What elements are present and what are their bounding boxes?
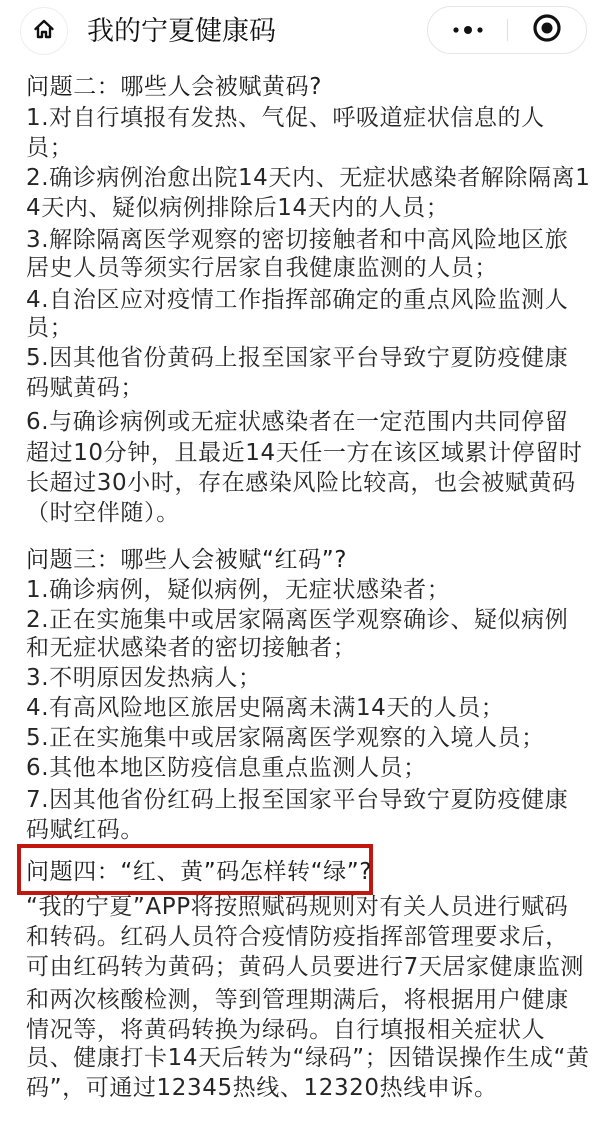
list-item: 4天内、疑似病例排除后14天内的人员； xyxy=(26,193,449,223)
list-item: 和无症状感染者的密切接触者； xyxy=(26,633,356,663)
list-item: 3.不明原因发热病人； xyxy=(26,663,262,693)
close-button[interactable] xyxy=(508,7,586,53)
list-item: 1.对自行填报有发热、气促、呼吸道症状信息的人 xyxy=(26,103,545,133)
home-icon xyxy=(33,18,55,44)
list-item: 4.有高风险地区旅居史隔离未满14天的人员； xyxy=(26,693,504,723)
list-item: 员； xyxy=(26,133,73,163)
home-button[interactable] xyxy=(20,7,68,55)
list-item: 6.与确诊病例或无症状感染者在一定范围内共同停留 xyxy=(26,407,568,437)
paragraph-line: 和两次核酸检测，等到管理期满后，将根据用户健康 xyxy=(26,985,569,1015)
list-item: 码赋黄码； xyxy=(26,373,144,403)
list-item: （时空伴随）。 xyxy=(26,498,180,528)
paragraph-line: 码”，可通过12345热线、12320热线申诉。 xyxy=(26,1073,498,1103)
list-item: 居史人员等须实行居家自我健康监测的人员； xyxy=(26,253,498,283)
section-heading: 问题四：“红、黄”码怎样转“绿”? xyxy=(26,857,372,887)
list-item: 超过10分钟，且最近14天任一方在该区域累计停留时 xyxy=(26,438,583,468)
list-item: 5.正在实施集中或居家隔离医学观察的入境人员； xyxy=(26,723,545,753)
list-item: 长超过30小时，存在感染风险比较高，也会被赋黄码 xyxy=(26,468,576,498)
list-item: 3.解除隔离医学观察的密切接触者和中高风险地区旅 xyxy=(26,225,568,255)
navbar: 我的宁夏健康码 xyxy=(0,0,600,64)
list-item: 2.确诊病例治愈出院14天内、无症状感染者解除隔离1 xyxy=(26,163,590,193)
list-item: 员； xyxy=(26,313,73,343)
more-button[interactable] xyxy=(428,7,507,53)
paragraph-line: “我的宁夏”APP将按照赋码规则对有关人员进行赋码 xyxy=(26,892,568,922)
more-dots-icon xyxy=(451,21,485,40)
list-item: 7.因其他省份红码上报至国家平台导致宁夏防疫健康 xyxy=(26,785,568,815)
paragraph-line: 情况等，将黄码转换为绿码。自行填报相关症状人 xyxy=(26,1015,545,1045)
section-heading: 问题二：哪些人会被赋黄码? xyxy=(26,72,322,102)
list-item: 1.确诊病例，疑似病例，无症状感染者； xyxy=(26,575,450,605)
list-item: 5.因其他省份黄码上报至国家平台导致宁夏防疫健康 xyxy=(26,343,568,373)
target-close-icon xyxy=(532,13,562,47)
mini-program-capsule xyxy=(427,6,587,54)
section-heading: 问题三：哪些人会被赋“红码”? xyxy=(26,545,347,575)
list-item: 6.其他本地区防疫信息重点监测人员； xyxy=(26,753,427,783)
paragraph-line: 员、健康打卡14天后转为“绿码”；因错误操作生成“黄 xyxy=(26,1043,590,1073)
list-item: 2.正在实施集中或居家隔离医学观察确诊、疑似病例 xyxy=(26,605,568,635)
list-item: 码赋红码。 xyxy=(26,815,144,845)
list-item: 4.自治区应对疫情工作指挥部确定的重点风险监测人 xyxy=(26,285,568,315)
page-title: 我的宁夏健康码 xyxy=(87,12,276,52)
paragraph-line: 和转码。红码人员符合疫情防疫指挥部管理要求后， xyxy=(26,922,569,952)
paragraph-line: 可由红码转为黄码；黄码人员要进行7天居家健康监测 xyxy=(26,952,584,982)
